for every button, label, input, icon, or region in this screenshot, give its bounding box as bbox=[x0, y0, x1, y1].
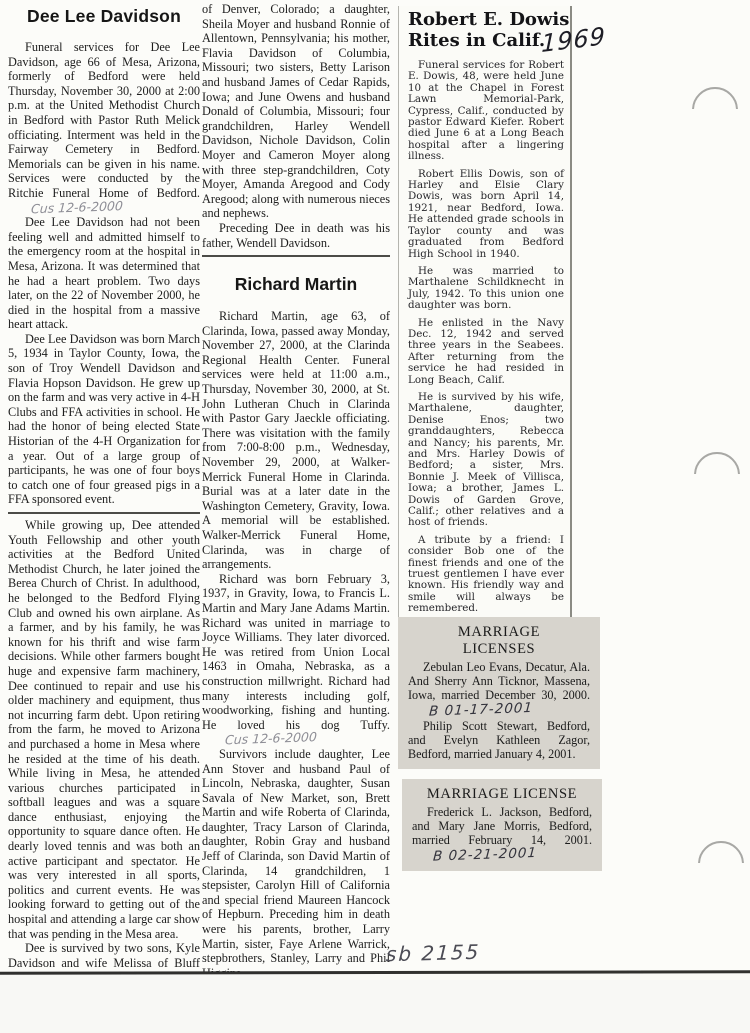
punch-hole-ring bbox=[698, 841, 744, 863]
dowis-paragraph-6-tribute: A tribute by a friend: I consider Bob on… bbox=[408, 535, 564, 615]
license-entry-stewart-zagor: Philip Scott Stewart, Bedford, and Evely… bbox=[408, 719, 590, 762]
martin-paragraph-2: Richard was born February 3, 1937, in Gr… bbox=[202, 572, 390, 747]
davidson-paragraph-1-text: Funeral services for Dee Lee Davidson, a… bbox=[8, 40, 200, 200]
clipping-marriage-license: MARRIAGE LICENSE Frederick L. Jackson, B… bbox=[402, 779, 602, 871]
section-divider-line bbox=[202, 255, 390, 257]
dowis-paragraph-2: Robert Ellis Dowis, son of Harley and El… bbox=[408, 169, 564, 260]
davidson-paragraph-6: of Denver, Colorado; a daughter, Sheila … bbox=[202, 2, 390, 221]
punch-hole-mark bbox=[694, 452, 740, 474]
obit-title-dowis: Robert E. Dowis Rites in Calif.1969 bbox=[408, 9, 564, 51]
clipping-marriage-licenses: MARRIAGE LICENSES Zebulan Leo Evans, Dec… bbox=[398, 617, 600, 769]
davidson-paragraph-2: Dee Lee Davidson had not been feeling we… bbox=[8, 215, 200, 332]
dowis-title-line2: Rites in Calif. bbox=[408, 30, 545, 51]
marriage-licenses-title-line1: MARRIAGE bbox=[408, 624, 590, 641]
license-entry-evans-ticknor: Zebulan Leo Evans, Decatur, Ala. And She… bbox=[408, 660, 590, 717]
handwritten-year-note: 1969 bbox=[541, 26, 606, 55]
obit-title-martin: Richard Martin bbox=[202, 274, 390, 295]
davidson-paragraph-4: While growing up, Dee attended Youth Fel… bbox=[8, 518, 200, 941]
handwritten-book-note: B 01-17-2001 bbox=[414, 701, 534, 719]
dowis-paragraph-4: He enlisted in the Navy Dec. 12, 1942 an… bbox=[408, 318, 564, 386]
obit-title-davidson: Dee Lee Davidson bbox=[8, 6, 200, 27]
dowis-title-line1: Robert E. Dowis bbox=[408, 9, 564, 30]
martin-paragraph-2-text: Richard was born February 3, 1937, in Gr… bbox=[202, 572, 390, 732]
clipping-davidson-col1: Dee Lee Davidson Funeral services for De… bbox=[8, 4, 200, 991]
dowis-paragraph-3: He was married to Marthalene Schildknech… bbox=[408, 266, 564, 312]
license-entry-text: Frederick L. Jackson, Bedford, and Mary … bbox=[412, 805, 592, 847]
license-entry-1-text: Zebulan Leo Evans, Decatur, Ala. And She… bbox=[408, 660, 590, 702]
punch-hole-ring bbox=[692, 87, 738, 109]
clipping-davidson-col2-martin: of Denver, Colorado; a daughter, Sheila … bbox=[202, 2, 390, 991]
martin-paragraph-3: Survivors include daughter, Lee Ann Stov… bbox=[202, 747, 390, 981]
license-entry-jackson-morris: Frederick L. Jackson, Bedford, and Mary … bbox=[412, 805, 592, 862]
martin-paragraph-1: Richard Martin, age 63, of Clarinda, Iow… bbox=[202, 309, 390, 572]
davidson-paragraph-7: Preceding Dee in death was his father, W… bbox=[202, 221, 390, 250]
marriage-license-title: MARRIAGE LICENSE bbox=[412, 786, 592, 803]
punch-hole-ring bbox=[694, 452, 740, 474]
handwritten-book-note: B 02-21-2001 bbox=[418, 846, 538, 864]
punch-hole-mark bbox=[692, 87, 738, 109]
davidson-paragraph-3: Dee Lee Davidson was born March 5, 1934 … bbox=[8, 332, 200, 507]
dowis-paragraph-5: He is survived by his wife, Marthalene, … bbox=[408, 392, 564, 529]
clipping-dowis: Robert E. Dowis Rites in Calif.1969 Fune… bbox=[398, 6, 572, 623]
punch-hole-mark bbox=[698, 841, 744, 863]
scan-background-below-page bbox=[0, 974, 750, 1033]
marriage-licenses-title-line2: LICENSES bbox=[408, 641, 590, 658]
clipping-tear-line bbox=[8, 512, 200, 514]
davidson-paragraph-1: Funeral services for Dee Lee Davidson, a… bbox=[8, 40, 200, 215]
scanned-obituary-page: Dee Lee Davidson Funeral services for De… bbox=[0, 0, 750, 1033]
dowis-paragraph-1: Funeral services for Robert E. Dowis, 48… bbox=[408, 60, 564, 163]
handwritten-archive-code: sb 2155 bbox=[385, 940, 480, 967]
